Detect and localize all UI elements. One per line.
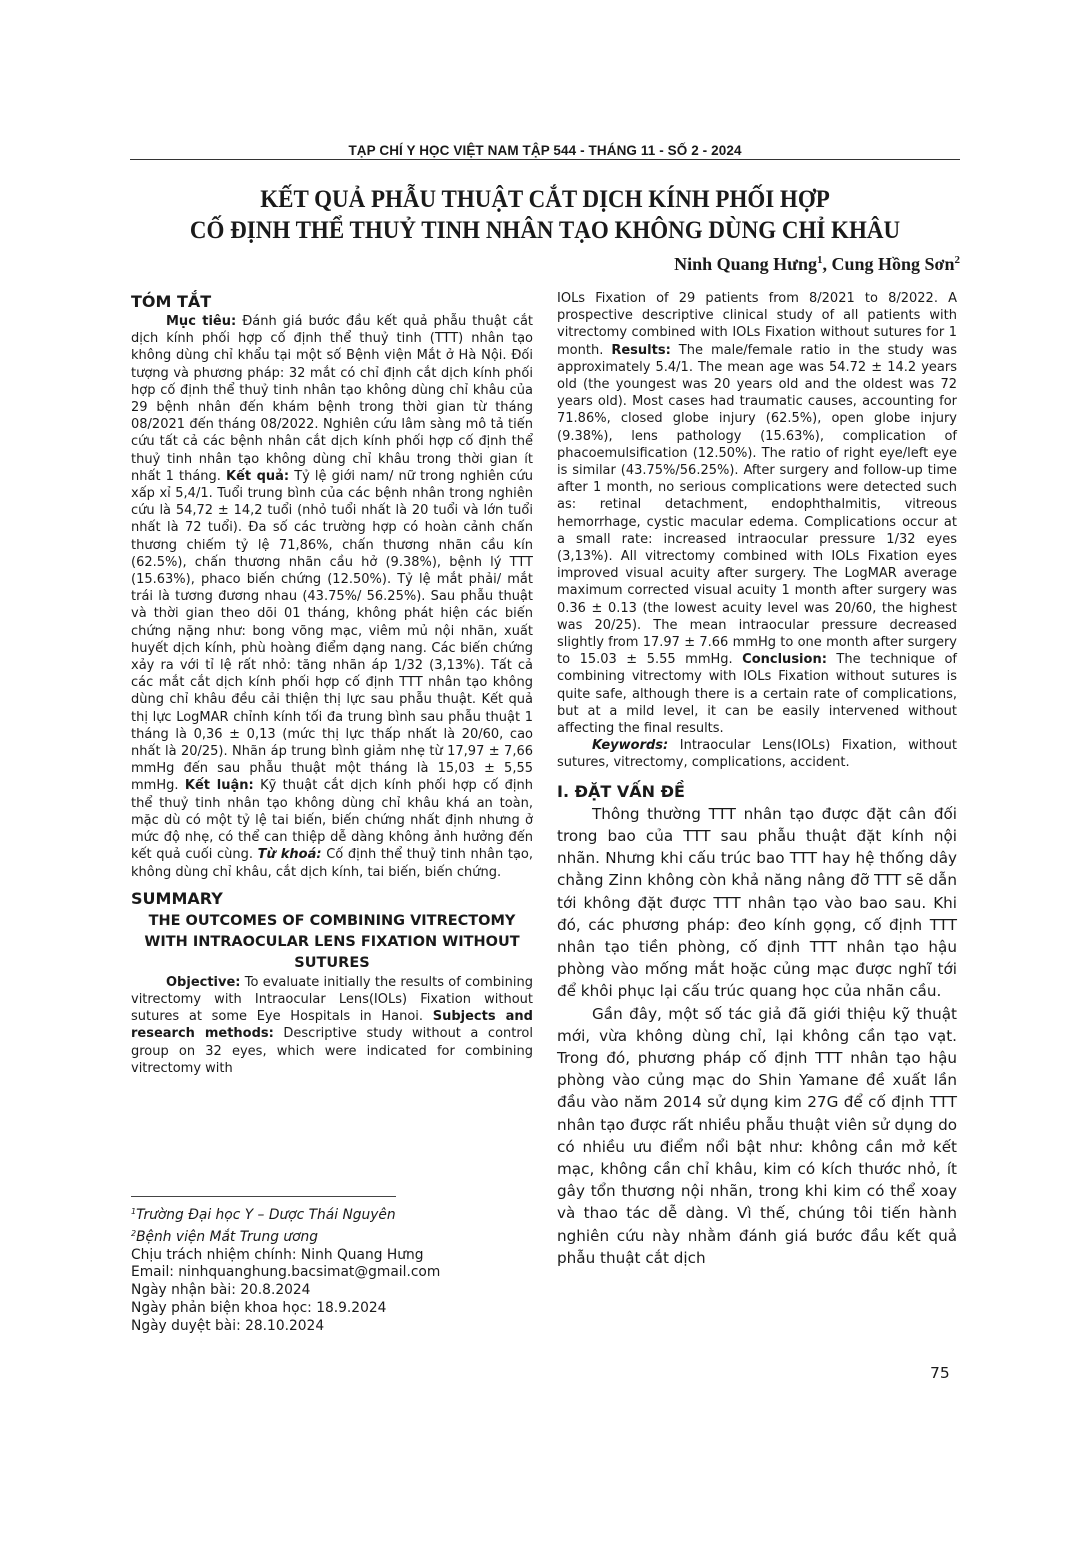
affiliation-1: 1Trường Đại học Y – Dược Thái Nguyên [131,1203,533,1225]
summary-body-start: Objective: To evaluate initially the res… [131,974,533,1077]
corresponding-author: Chịu trách nhiệm chính: Ninh Quang Hưng [131,1247,533,1265]
keywords-label: Từ khoá: [258,847,322,862]
objective-label: Mục tiêu: [166,314,236,329]
en-conclusion-label: Conclusion: [742,652,827,667]
journal-page: TẠP CHÍ Y HỌC VIỆT NAM TẬP 544 - THÁNG 1… [0,0,1090,1541]
footnotes: 1Trường Đại học Y – Dược Thái Nguyên 2Bệ… [131,1203,533,1336]
results-label: Kết quả: [226,469,289,484]
author-name: Ninh Quang Hưng [674,254,817,274]
left-column: TÓM TẮT Mục tiêu: Đánh giá bước đầu kết … [131,292,533,1077]
author-affiliation-mark: 2 [955,254,961,266]
title-line-2: CỐ ĐỊNH THỂ THUỶ TINH NHÂN TẠO KHÔNG DÙN… [163,215,927,246]
footnote-rule [131,1196,396,1197]
affiliation-2: 2Bệnh viện Mắt Trung ương [131,1225,533,1247]
header-rule [130,159,960,160]
author-list: Ninh Quang Hưng1, Cung Hồng Sơn2 [674,254,960,275]
en-objective-label: Objective: [166,975,241,990]
article-title: KẾT QUẢ PHẪU THUẬT CẮT DỊCH KÍNH PHỐI HỢ… [163,184,927,246]
date-reviewed: Ngày phản biện khoa học: 18.9.2024 [131,1300,533,1318]
en-results-text: The male/female ratio in the study was a… [557,343,957,668]
title-line-1: KẾT QUẢ PHẪU THUẬT CẮT DỊCH KÍNH PHỐI HỢ… [163,184,927,215]
running-head: TẠP CHÍ Y HỌC VIỆT NAM TẬP 544 - THÁNG 1… [130,143,960,158]
en-results-label: Results: [611,343,670,358]
results-text: Tỷ lệ giới nam/ nữ trong nghiên cứu xấp … [131,469,533,794]
author-name: Cung Hồng Sơn [831,254,954,274]
section-1-paragraph: Thông thường TTT nhân tạo được đặt cân đ… [557,803,957,1003]
right-column: IOLs Fixation of 29 patients from 8/2021… [557,290,957,1269]
abstract-vi-heading: TÓM TẮT [131,292,533,312]
date-received: Ngày nhận bài: 20.8.2024 [131,1282,533,1300]
date-accepted: Ngày duyệt bài: 28.10.2024 [131,1318,533,1336]
en-keywords: Keywords: Intraocular Lens(IOLs) Fixatio… [557,737,957,771]
section-1-paragraph: Gần đây, một số tác giả đã giới thiệu kỹ… [557,1003,957,1269]
conclusion-label: Kết luận: [185,778,254,793]
abstract-vi-body: Mục tiêu: Đánh giá bước đầu kết quả phẫu… [131,313,533,881]
section-1-heading: I. ĐẶT VẤN ĐỀ [557,782,957,802]
page-number: 75 [930,1364,950,1382]
summary-heading: SUMMARY [131,889,533,909]
summary-title: THE OUTCOMES OF COMBINING VITRECTOMY WIT… [131,911,533,974]
summary-body-continued: IOLs Fixation of 29 patients from 8/2021… [557,290,957,737]
email: Email: ninhquanghung.bacsimat@gmail.com [131,1264,533,1282]
objective-text: Đánh giá bước đầu kết quả phẫu thuật cắt… [131,314,533,484]
en-keywords-label: Keywords: [592,738,668,753]
